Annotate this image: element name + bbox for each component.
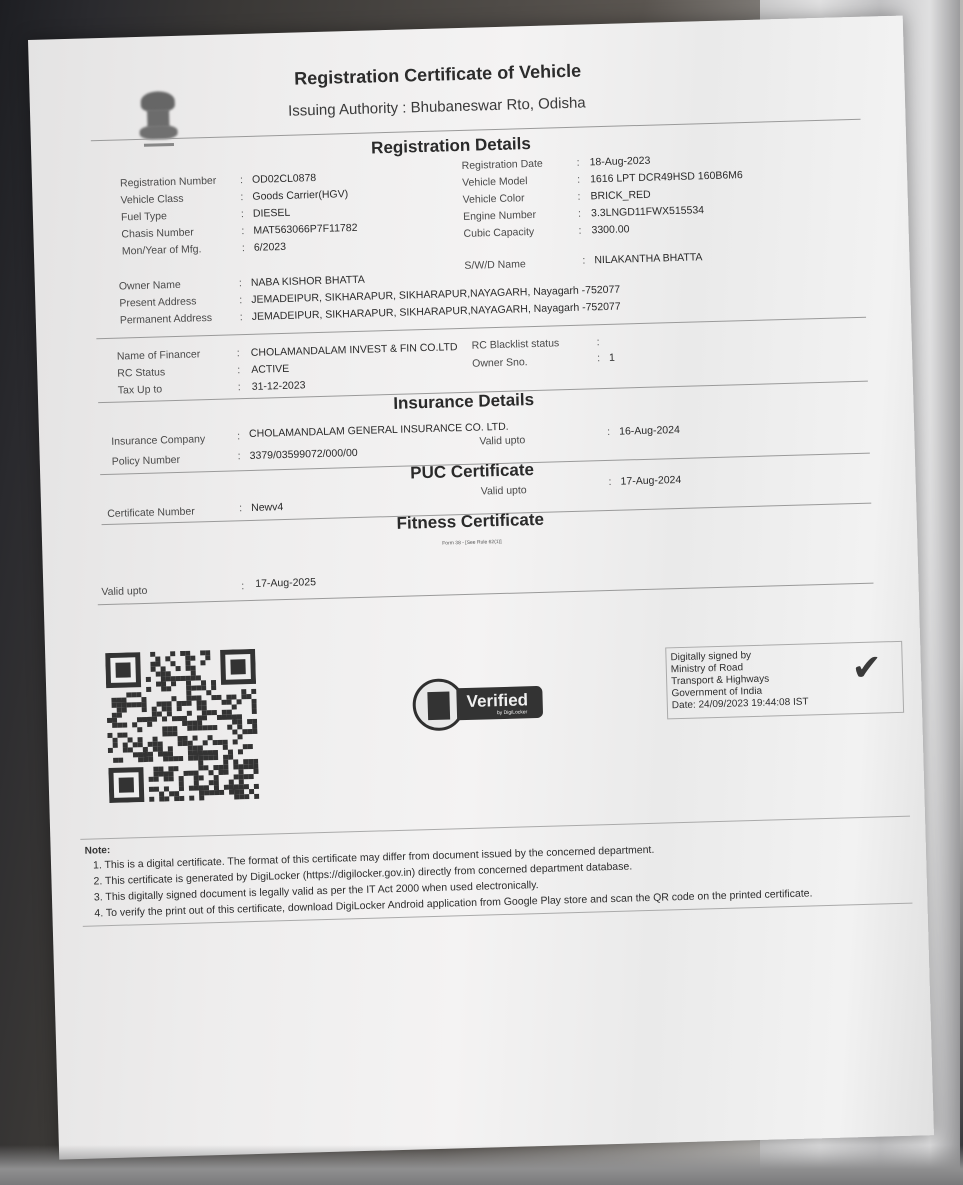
puc-valid-value: 17-Aug-2024 <box>620 474 681 488</box>
insurance-details-title: Insurance Details <box>393 390 534 414</box>
insurance-valid-label: Valid upto <box>479 434 525 447</box>
swd-name-label: S/W/D Name <box>464 258 526 272</box>
certificate-paper: Registration Certificate of Vehicle Issu… <box>28 16 934 1160</box>
digilocker-verified-badge: Verified by DigiLocker <box>412 676 548 736</box>
blacklist-label: RC Blacklist status <box>472 337 560 351</box>
vehicle-class-value: Goods Carrier(HGV) <box>252 188 348 203</box>
fitness-valid-label: Valid upto <box>101 585 147 598</box>
cubic-capacity-label: Cubic Capacity <box>463 226 534 240</box>
chasis-number-label: Chasis Number <box>121 226 194 240</box>
digital-signature-box: Digitally signed by Ministry of Road Tra… <box>665 641 904 720</box>
vehicle-model-value: 1616 LPT DCR49HSD 160B6M6 <box>590 169 743 185</box>
engine-number-label: Engine Number <box>463 209 536 223</box>
vehicle-class-label: Vehicle Class <box>120 193 183 207</box>
reg-number-label: Registration Number <box>120 175 217 190</box>
puc-certificate-title: PUC Certificate <box>410 460 534 483</box>
tax-upto-value: 31-12-2023 <box>252 379 306 392</box>
swd-name-value: NILAKANTHA BHATTA <box>594 251 702 266</box>
fuel-type-label: Fuel Type <box>121 210 167 223</box>
form-note: Form 38 - [See Rule 62(1)] <box>442 539 502 547</box>
rc-status-label: RC Status <box>117 366 165 379</box>
mfg-date-label: Mon/Year of Mfg. <box>122 243 202 257</box>
puc-cert-number-value: Newv4 <box>251 501 283 514</box>
digilocker-text: by DigiLocker <box>497 709 527 716</box>
engine-number-value: 3.3LNGD11FWX515534 <box>591 204 704 219</box>
owner-name-label: Owner Name <box>119 279 181 293</box>
insurance-company-label: Insurance Company <box>111 433 205 448</box>
financer-label: Name of Financer <box>117 348 201 362</box>
notes-heading: Note: <box>85 845 111 857</box>
vehicle-color-label: Vehicle Color <box>462 192 524 206</box>
insurance-company-value: CHOLAMANDALAM GENERAL INSURANCE CO. LTD. <box>249 421 509 440</box>
policy-number-value: 3379/03599072/000/00 <box>250 447 358 462</box>
chasis-number-value: MAT563066P7F11782 <box>253 222 357 237</box>
puc-cert-number-label: Certificate Number <box>107 506 195 520</box>
rc-status-value: ACTIVE <box>251 363 289 376</box>
issuing-authority: Issuing Authority : Bhubaneswar Rto, Odi… <box>288 94 586 119</box>
fitness-valid-value: 17-Aug-2025 <box>255 576 316 590</box>
table-surface <box>0 1145 963 1185</box>
qr-code <box>105 649 259 803</box>
tax-upto-label: Tax Up to <box>118 383 163 396</box>
present-address-label: Present Address <box>119 295 196 309</box>
fuel-type-value: DIESEL <box>253 207 291 220</box>
reg-number-value: OD02CL0878 <box>252 172 317 186</box>
document-title: Registration Certificate of Vehicle <box>294 61 582 90</box>
permanent-address-label: Permanent Address <box>120 312 213 327</box>
owner-sno-label: Owner Sno. <box>472 356 528 370</box>
policy-number-label: Policy Number <box>112 454 181 468</box>
puc-valid-label: Valid upto <box>481 484 527 497</box>
mfg-date-value: 6/2023 <box>254 241 286 254</box>
notes-section: Note: 1. This is a digital certificate. … <box>80 816 912 927</box>
national-emblem-icon <box>134 91 182 152</box>
owner-sno-value: 1 <box>609 352 615 364</box>
checkmark-icon: ✔ <box>851 646 882 689</box>
financer-value: CHOLAMANDALAM INVEST & FIN CO.LTD <box>251 341 458 359</box>
reg-date-label: Registration Date <box>462 158 543 172</box>
registration-details-title: Registration Details <box>371 134 531 158</box>
divider <box>98 583 874 606</box>
fitness-certificate-title: Fitness Certificate <box>396 510 544 534</box>
vehicle-model-label: Vehicle Model <box>462 175 528 189</box>
reg-date-value: 18-Aug-2023 <box>589 155 650 169</box>
vehicle-color-value: BRICK_RED <box>590 189 650 203</box>
cubic-capacity-value: 3300.00 <box>591 223 629 236</box>
insurance-valid-value: 16-Aug-2024 <box>619 424 680 438</box>
owner-name-value: NABA KISHOR BHATTA <box>251 274 365 289</box>
